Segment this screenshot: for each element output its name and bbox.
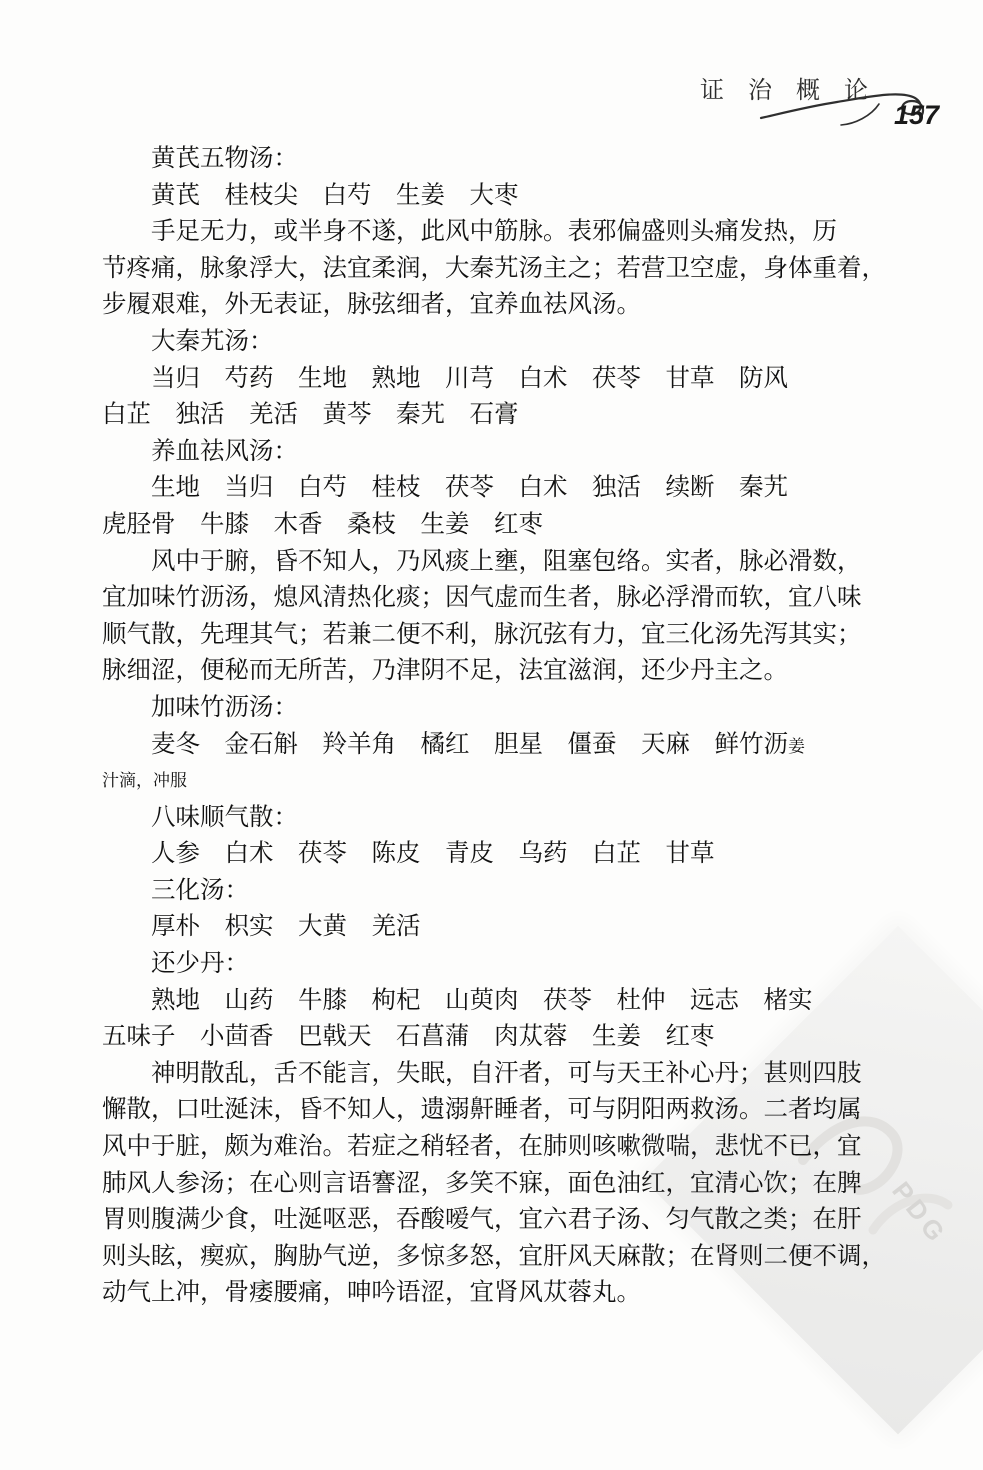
- page-number: 157: [894, 100, 939, 131]
- scan-watermark-text: PDG: [885, 1176, 953, 1251]
- herb-list-line: 虎胫骨 牛膝 木香 桑枝 生姜 红枣: [102, 507, 888, 544]
- formula-title-line: 养血祛风汤：: [102, 434, 888, 471]
- herb-list-line: 当归 芍药 生地 熟地 川芎 白术 茯苓 甘草 防风: [102, 361, 888, 398]
- paragraph-line: 肺风人参汤；在心则言语謇涩，多笑不寐，面色油红，宜清心饮；在脾: [102, 1166, 888, 1203]
- formula-title-line: 大秦艽汤：: [102, 324, 888, 361]
- formula-title-line: 加味竹沥汤：: [102, 690, 888, 727]
- formula-title-line: 八味顺气散：: [102, 800, 888, 837]
- paragraph-line: 宜加味竹沥汤，熄风清热化痰；因气虚而生者，脉必浮滑而软，宜八味: [102, 580, 888, 617]
- paragraph-line: 步履艰难，外无表证，脉弦细者，宜养血祛风汤。: [102, 287, 888, 324]
- formula-title-line: 黄芪五物汤：: [102, 141, 888, 178]
- herb-note-inline: 姜: [788, 737, 805, 756]
- paragraph-line: 风中于脏，颇为难治。若症之稍轻者，在肺则咳嗽微喘，悲忧不已，宜: [102, 1129, 888, 1166]
- herb-list-line: 麦冬 金石斛 羚羊角 橘红 胆星 僵蚕 天麻 鲜竹沥姜: [102, 727, 888, 764]
- herb-note-line: 汁滴，冲服: [102, 763, 888, 800]
- formula-title-line: 还少丹：: [102, 946, 888, 983]
- paragraph-line: 节疼痛，脉象浮大，法宜柔润，大秦艽汤主之；若营卫空虚，身体重着，: [102, 251, 888, 288]
- paragraph-line: 神明散乱，舌不能言，失眠，自汗者，可与天王补心丹；甚则四肢: [102, 1056, 888, 1093]
- herb-list-line: 白芷 独活 羌活 黄芩 秦艽 石膏: [102, 397, 888, 434]
- paragraph-line: 手足无力，或半身不遂，此风中筋脉。表邪偏盛则头痛发热，历: [102, 214, 888, 251]
- formula-title-line: 三化汤：: [102, 873, 888, 910]
- book-page: 证 治 概 论 157 PDG 黄芪五物汤： 黄芪 桂枝尖 白芍 生姜 大枣 手…: [0, 0, 983, 1470]
- herb-list-line: 五味子 小茴香 巴戟天 石菖蒲 肉苁蓉 生姜 红枣: [102, 1019, 888, 1056]
- herb-list-line: 黄芪 桂枝尖 白芍 生姜 大枣: [102, 178, 888, 215]
- paragraph-line: 顺气散，先理其气；若兼二便不利，脉沉弦有力，宜三化汤先泻其实；: [102, 617, 888, 654]
- herb-list-line: 人参 白术 茯苓 陈皮 青皮 乌药 白芷 甘草: [102, 836, 888, 873]
- herb-list-line: 生地 当归 白芍 桂枝 茯苓 白术 独活 续断 秦艽: [102, 470, 888, 507]
- herb-list-line: 熟地 山药 牛膝 枸杞 山萸肉 茯苓 杜仲 远志 楮实: [102, 983, 888, 1020]
- paragraph-line: 胃则腹满少食，吐涎呕恶，吞酸嗳气，宜六君子汤、匀气散之类；在肝: [102, 1202, 888, 1239]
- paragraph-line: 风中于腑，昏不知人，乃风痰上壅，阻塞包络。实者，脉必滑数，: [102, 544, 888, 581]
- paragraph-line: 动气上冲，骨痿腰痛，呻吟语涩，宜肾风苁蓉丸。: [102, 1275, 888, 1312]
- paragraph-line: 则头眩，瘈疭，胸胁气逆，多惊多怒，宜肝风天麻散；在肾则二便不调，: [102, 1239, 888, 1276]
- herb-list-text: 麦冬 金石斛 羚羊角 橘红 胆星 僵蚕 天麻 鲜竹沥: [151, 731, 788, 758]
- herb-list-line: 厚朴 枳实 大黄 羌活: [102, 909, 888, 946]
- paragraph-line: 懈散，口吐涎沫，昏不知人，遗溺鼾睡者，可与阴阳两救汤。二者均属: [102, 1092, 888, 1129]
- page-body: 黄芪五物汤： 黄芪 桂枝尖 白芍 生姜 大枣 手足无力，或半身不遂，此风中筋脉。…: [102, 141, 888, 1312]
- paragraph-line: 脉细涩，便秘而无所苦，乃津阴不足，法宜滋润，还少丹主之。: [102, 653, 888, 690]
